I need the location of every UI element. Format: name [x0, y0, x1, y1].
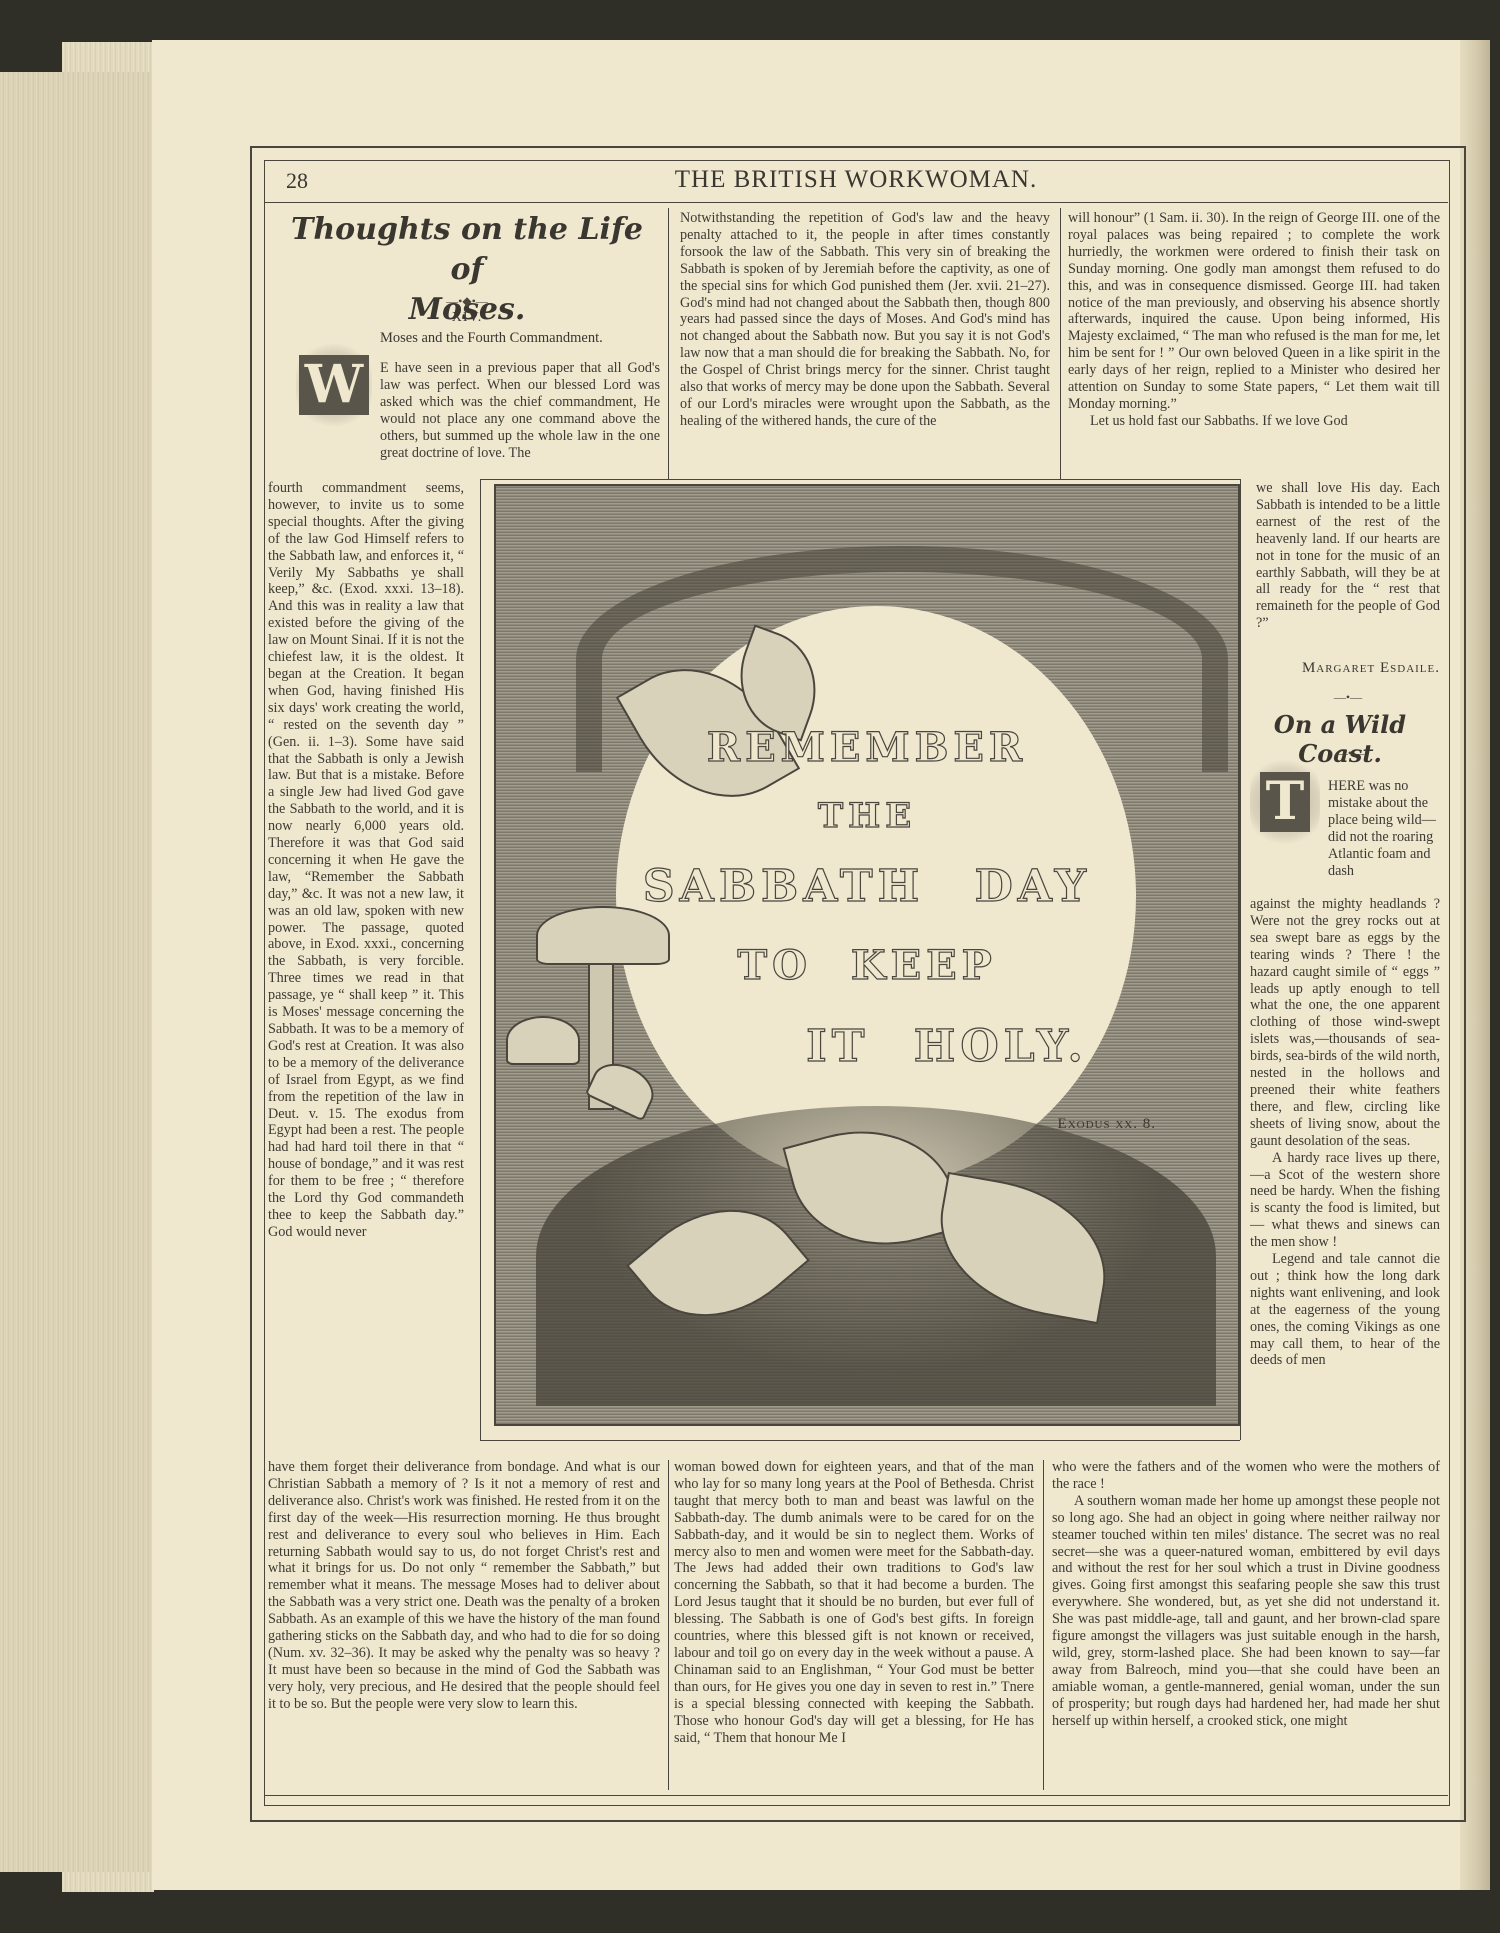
paragraph: A hardy race lives up there,—a Scot of t… [1250, 1150, 1440, 1251]
article1-narrow-column: fourth commandment seems, however, to in… [268, 480, 464, 1241]
article1-bottom-column: have them forget their deliverance from … [268, 1459, 660, 1713]
article-subtitle: Moses and the Fourth Commandment. [380, 330, 670, 347]
illustration-box-bottom [480, 1440, 1240, 1441]
paragraph: have them forget their deliverance from … [268, 1459, 660, 1713]
article2-narrow-column: against the mighty headlands ? Were not … [1250, 896, 1440, 1369]
motto-line-2: THE [496, 796, 1238, 836]
illustration-box-top [480, 479, 1240, 480]
paragraph: fourth commandment seems, however, to in… [268, 480, 464, 1241]
article1-intro: E have seen in a previous paper that all… [380, 360, 660, 461]
footer-rule [264, 1795, 1448, 1796]
article-part-number: XIV. [272, 310, 662, 326]
page-header: 28 THE BRITISH WORKWOMAN. [264, 160, 1448, 200]
motto-line-4: TO KEEP [496, 942, 1238, 989]
paragraph: E have seen in a previous paper that all… [380, 360, 660, 461]
motto-line-3: SABBATH DAY [496, 861, 1238, 912]
drop-cap-letter: W [299, 355, 369, 415]
motto-line-5: IT HOLY. [576, 1021, 1240, 1072]
header-rule [264, 202, 1448, 203]
article-title-line1: Thoughts on the Life of [272, 210, 662, 290]
book-page-edges [0, 72, 152, 1872]
illustration-box-left [480, 479, 481, 1440]
column-divider [1043, 1460, 1044, 1790]
paragraph: Let us hold fast our Sabbaths. If we lov… [1068, 413, 1440, 430]
paragraph: Legend and tale cannot die out ; think h… [1250, 1251, 1440, 1369]
ornamental-drop-cap-w: W [296, 338, 372, 432]
column-divider [1060, 208, 1061, 480]
paragraph: HERE was no mistake about the place bein… [1328, 778, 1440, 879]
illustration-box-right [1240, 479, 1241, 1440]
section-ornament: —•— [1256, 690, 1440, 705]
title-ornament: —•◆•— [272, 294, 662, 309]
column-divider [668, 1460, 669, 1790]
title-ornament: —•— [1310, 746, 1390, 761]
author-signature: Margaret Esdaile. [1270, 660, 1440, 677]
sabbath-engraving-illustration: REMEMBER THE SABBATH DAY TO KEEP IT HOLY… [494, 484, 1240, 1426]
paragraph: will honour” (1 Sam. ii. 30). In the rei… [1068, 210, 1440, 413]
article1-column3-top: will honour” (1 Sam. ii. 30). In the rei… [1068, 210, 1440, 430]
paragraph: against the mighty headlands ? Were not … [1250, 896, 1440, 1150]
paragraph: A southern woman made her home up amongs… [1052, 1493, 1440, 1730]
masthead-title: THE BRITISH WORKWOMAN. [264, 166, 1448, 194]
mushroom-icon [506, 1016, 580, 1065]
paragraph: who were the fathers and of the women wh… [1052, 1459, 1440, 1493]
article1-column3-narrow: we shall love His day. Each Sabbath is i… [1256, 480, 1440, 632]
article2-beside-dropcap: HERE was no mistake about the place bein… [1328, 778, 1440, 879]
scripture-reference: Exodus xx. 8. [1058, 1116, 1156, 1133]
article2-wide-column: who were the fathers and of the women wh… [1052, 1459, 1440, 1730]
paragraph: Notwithstanding the repetition of God's … [680, 210, 1050, 430]
ornamental-drop-cap-t: T [1250, 752, 1320, 852]
paragraph: woman bowed down for eighteen years, and… [674, 1459, 1034, 1746]
paragraph: we shall love His day. Each Sabbath is i… [1256, 480, 1440, 632]
motto-line-1: REMEMBER [496, 724, 1238, 771]
article1-column2-top: Notwithstanding the repetition of God's … [680, 210, 1050, 430]
drop-cap-letter: T [1260, 772, 1311, 832]
article1-column2-bottom: woman bowed down for eighteen years, and… [674, 1459, 1034, 1746]
